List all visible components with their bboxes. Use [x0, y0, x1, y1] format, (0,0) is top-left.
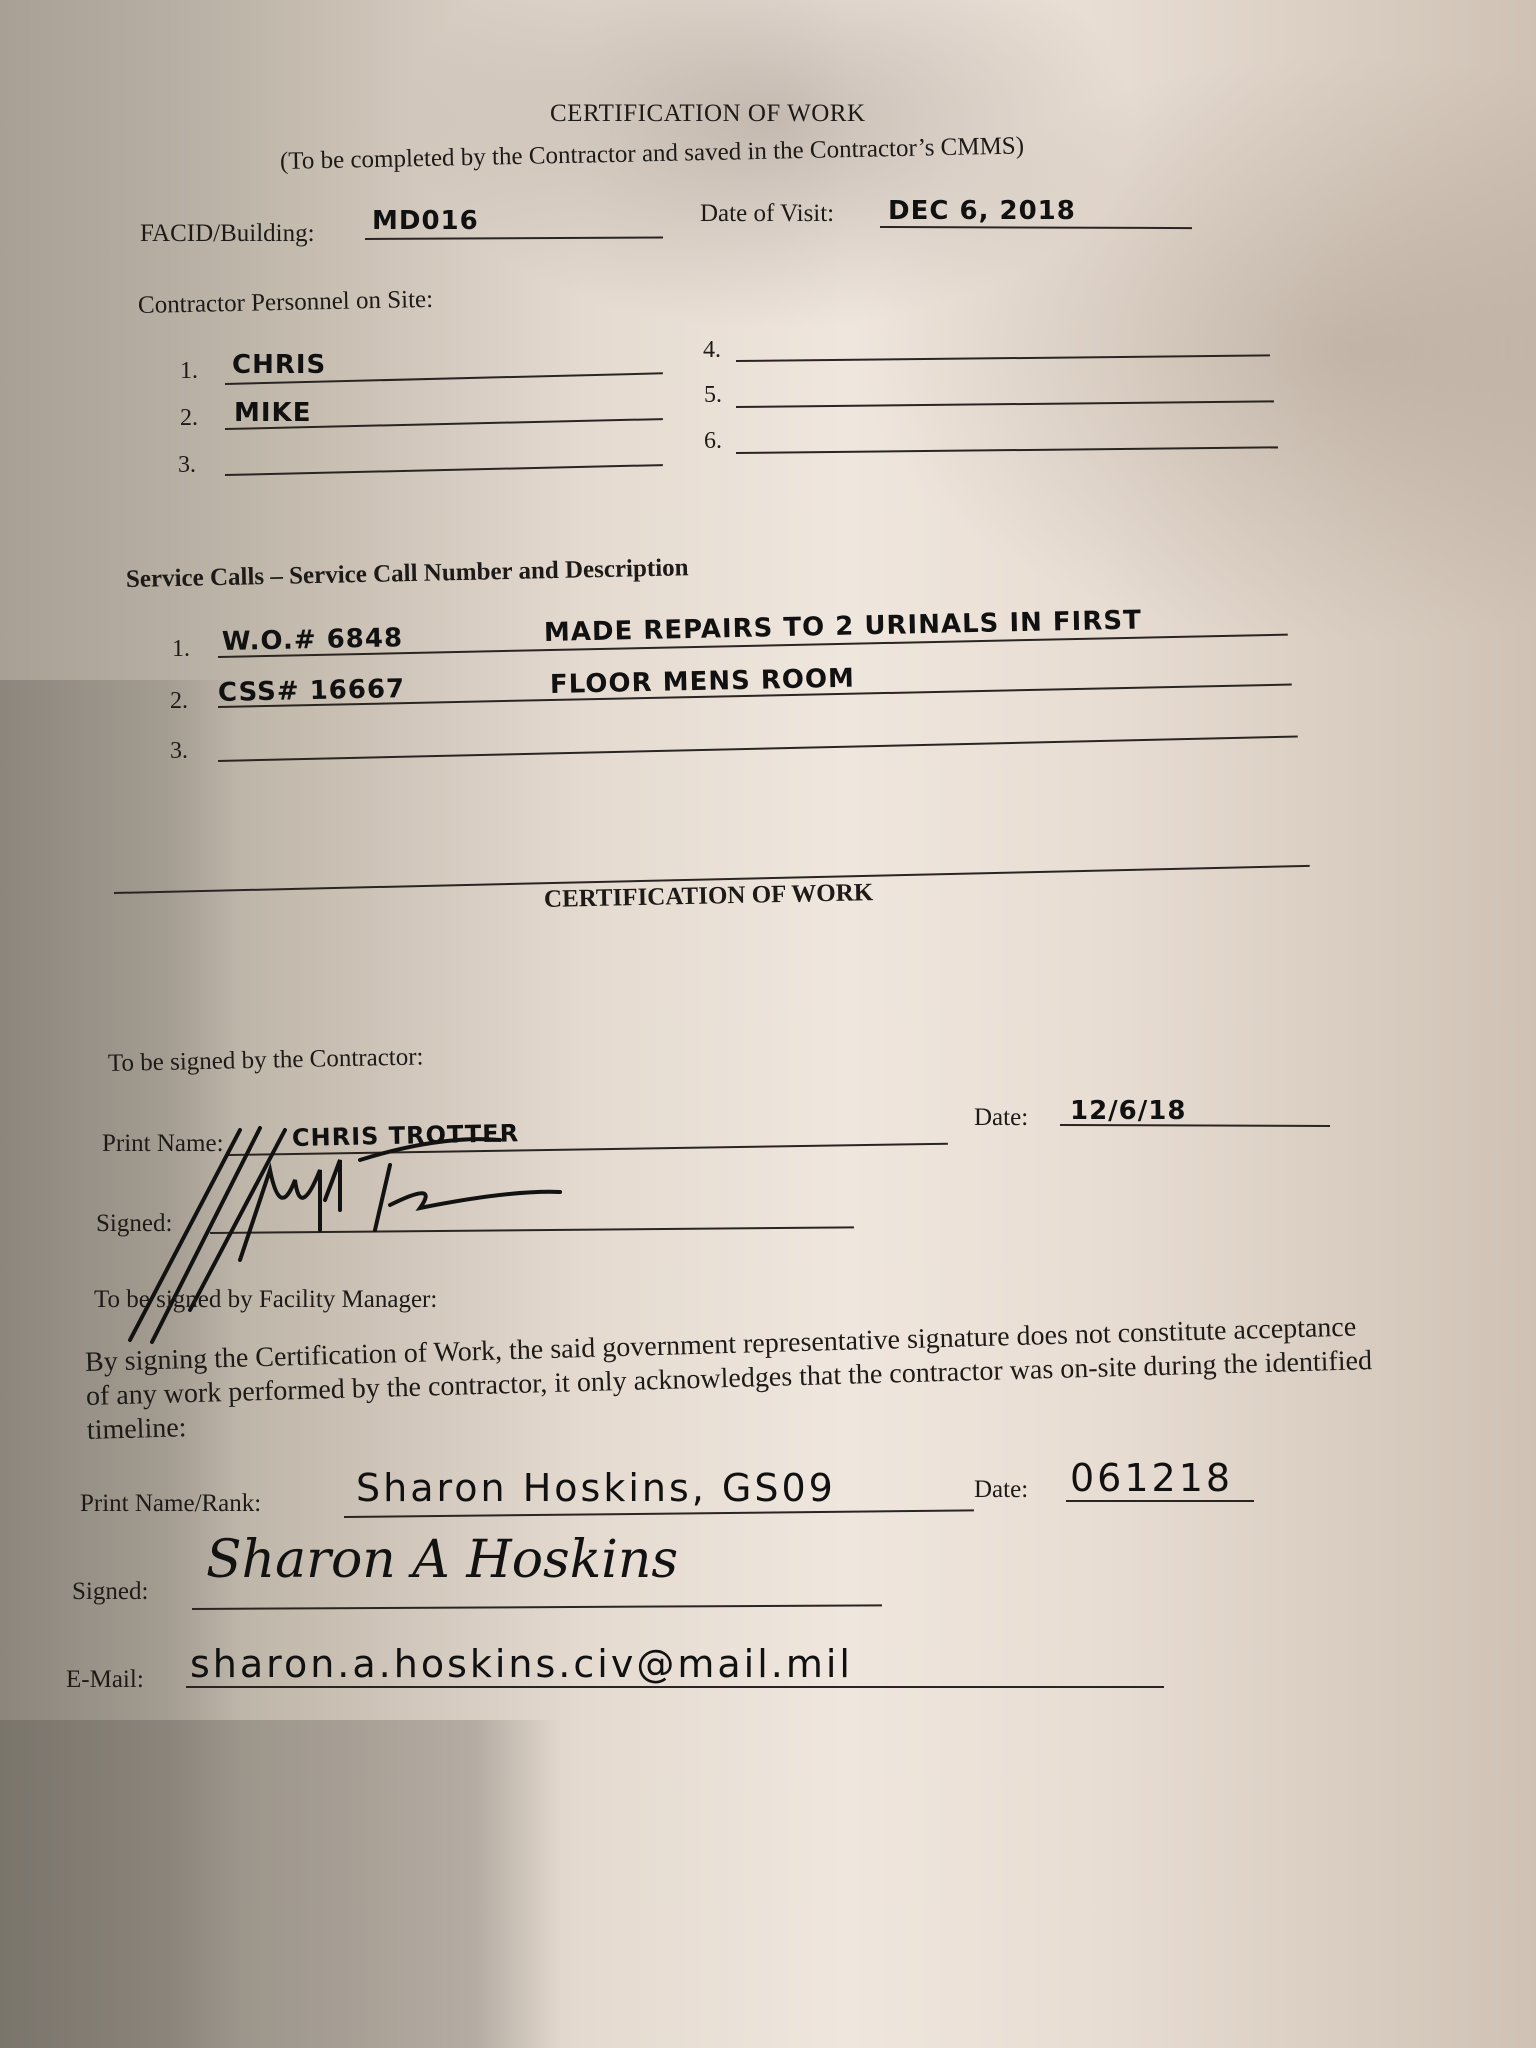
manager-print-name-value[interactable]: Sharon Hoskins, GS09: [356, 1466, 836, 1510]
service-call-number-2: 2.: [170, 688, 188, 715]
personnel-number-3: 3.: [178, 452, 196, 479]
personnel-number-2: 2.: [180, 405, 198, 432]
shadow-bottom-left: [0, 1720, 560, 2048]
manager-date-label: Date:: [974, 1476, 1028, 1504]
facility-manager-heading: To be signed by Facility Manager:: [94, 1286, 437, 1314]
contractor-date-label: Date:: [974, 1104, 1028, 1132]
personnel-number-4: 4.: [703, 337, 721, 364]
manager-email-value[interactable]: sharon.a.hoskins.civ@mail.mil: [190, 1642, 853, 1686]
service-call-number-3: 3.: [170, 738, 188, 765]
personnel-name-1[interactable]: CHRIS: [232, 350, 326, 380]
personnel-number-6: 6.: [704, 428, 722, 455]
date-of-visit-value[interactable]: DEC 6, 2018: [888, 196, 1076, 226]
manager-email-line: [186, 1686, 1164, 1688]
manager-date-value[interactable]: 061218: [1070, 1456, 1233, 1500]
personnel-number-1: 1.: [180, 358, 198, 385]
contractor-date-value[interactable]: 12/6/18: [1070, 1096, 1186, 1126]
manager-date-line: [1066, 1500, 1254, 1502]
personnel-name-2[interactable]: MIKE: [234, 398, 311, 428]
manager-signed-label: Signed:: [72, 1578, 148, 1606]
manager-signature[interactable]: Sharon A Hoskins: [206, 1530, 678, 1590]
service-call-number-1: 1.: [172, 636, 190, 663]
facid-value[interactable]: MD016: [372, 206, 479, 236]
manager-email-label: E-Mail:: [66, 1666, 144, 1694]
date-of-visit-label: Date of Visit:: [700, 200, 834, 228]
personnel-number-5: 5.: [704, 382, 722, 409]
facid-label: FACID/Building:: [140, 220, 315, 248]
manager-print-name-label: Print Name/Rank:: [80, 1490, 261, 1518]
document-title: CERTIFICATION OF WORK: [550, 100, 866, 128]
contractor-signature[interactable]: [90, 1110, 750, 1350]
